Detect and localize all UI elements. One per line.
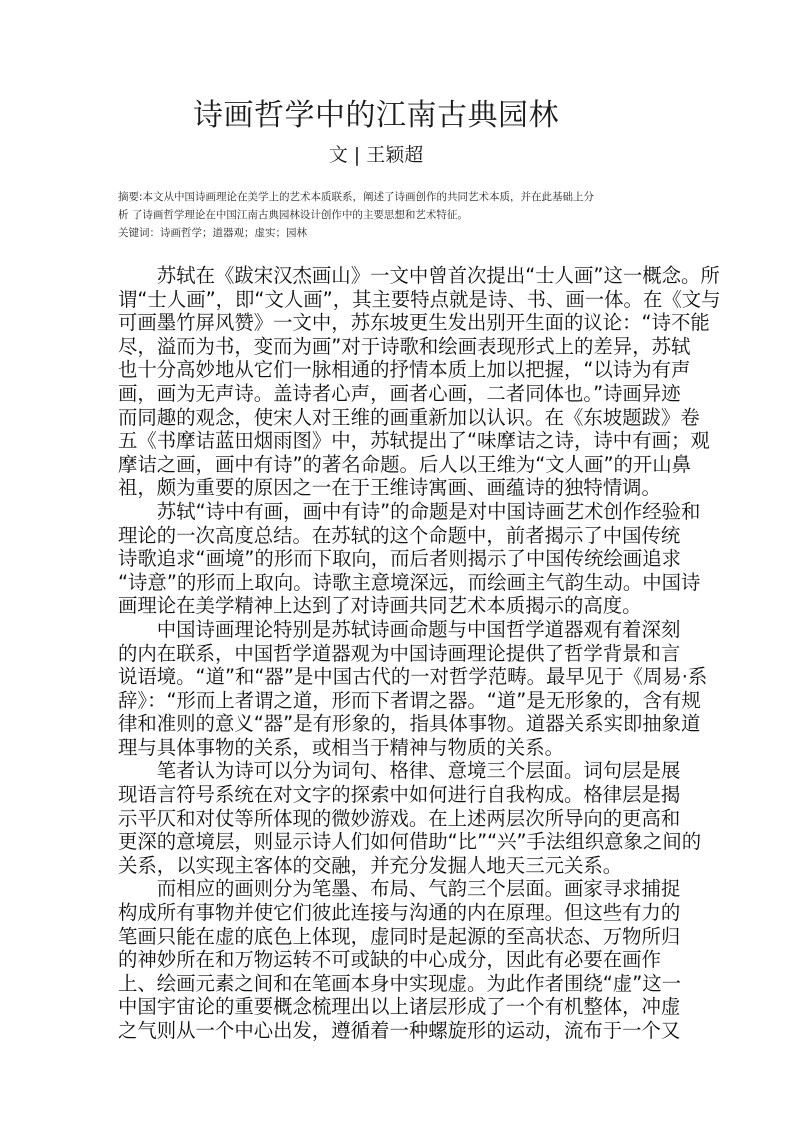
paragraph-line: 构成所有事物并使它们彼此连接与沟通的内在原理。但这些有力的: [118, 901, 678, 925]
paragraph-line: 也十分高妙地从它们一脉相通的抒情本质上加以把握，“以诗为有声: [118, 358, 678, 382]
paragraph-line: 诗歌追求“画境”的形而下取向，而后者则揭示了中国传统绘画追求: [118, 547, 678, 571]
article-title: 诗画哲学中的江南古典园林: [0, 98, 752, 134]
paragraph-line: 的神妙所在和万物运转不可或缺的中心成分，因此有必要在画作: [118, 948, 678, 972]
paragraph-line: 理论的一次高度总结。在苏轼的这个命题中，前者揭示了中国传统: [118, 524, 678, 548]
paragraph-line: 而同趣的观念，使宋人对王维的画重新加以认识。在《东坡题跋》卷: [118, 406, 678, 430]
paragraph-line: 律和准则的意义“器”是有形象的，指具体事物。道器关系实即抽象道: [118, 712, 678, 736]
paragraph-line: 的内在联系，中国哲学道器观为中国诗画理论提供了哲学背景和言: [118, 642, 678, 666]
paragraph-line: 笔者认为诗可以分为词句、格律、意境三个层面。词句层是展: [118, 759, 678, 783]
paragraph-line: 苏轼“诗中有画，画中有诗”的命题是对中国诗画艺术创作经验和: [118, 500, 678, 524]
paragraph: 笔者认为诗可以分为词句、格律、意境三个层面。词句层是展现语言符号系统在对文字的探…: [118, 759, 678, 877]
author-byline: 文 | 王颖超: [0, 143, 752, 167]
abstract-line: 摘要:本文从中国诗画理论在美学上的艺术本质联系，阐述了诗画创作的共同艺术本质，并…: [118, 188, 678, 206]
paragraph-line: 辞》：“形而上者谓之道，形而下者谓之器。“道”是无形象的，含有规: [118, 689, 678, 713]
paragraph-line: 苏轼在《跋宋汉杰画山》一文中曾首次提出“士人画”这一概念。所: [118, 264, 678, 288]
paragraph-line: 画，画为无声诗。盖诗者心声，画者心画，二者同体也。”诗画异迹: [118, 382, 678, 406]
paragraph-line: 现语言符号系统在对文字的探索中如何进行自我构成。格律层是揭: [118, 783, 678, 807]
abstract-section: 摘要:本文从中国诗画理论在美学上的艺术本质联系，阐述了诗画创作的共同艺术本质，并…: [118, 188, 678, 242]
paragraph-line: 五《书摩诘蓝田烟雨图》中，苏轼提出了“味摩诘之诗，诗中有画；观: [118, 429, 678, 453]
keywords-line: 关键词：诗画哲学；道器观；虚实；园林: [118, 224, 678, 242]
paragraph: 苏轼“诗中有画，画中有诗”的命题是对中国诗画艺术创作经验和理论的一次高度总结。在…: [118, 500, 678, 618]
paragraph-line: “诗意”的形而上取向。诗歌主意境深远，而绘画主气韵生动。中国诗: [118, 571, 678, 595]
paragraph-line: 摩诘之画，画中有诗”的著名命题。后人以王维为“文人画”的开山鼻: [118, 453, 678, 477]
paragraph-line: 祖，颇为重要的原因之一在于王维诗寓画、画蕴诗的独特情调。: [118, 476, 678, 500]
paragraph: 中国诗画理论特别是苏轼诗画命题与中国哲学道器观有着深刻的内在联系，中国哲学道器观…: [118, 618, 678, 760]
paragraph-line: 谓“士人画”，即“文人画”，其主要特点就是诗、书、画一体。在《文与: [118, 288, 678, 312]
paragraph-line: 笔画只能在虚的底色上体现，虚同时是起源的至高状态、万物所归: [118, 925, 678, 949]
abstract-line: 析 了诗画哲学理论在中国江南古典园林设计创作中的主要思想和艺术特征。: [118, 206, 678, 224]
paragraph-line: 而相应的画则分为笔墨、布局、气韵三个层面。画家寻求捕捉: [118, 877, 678, 901]
paragraph-line: 理与具体事物的关系，或相当于精神与物质的关系。: [118, 736, 678, 760]
paragraph-line: 可画墨竹屏风赞》一文中，苏东坡更生发出别开生面的议论：“诗不能: [118, 311, 678, 335]
paragraph: 而相应的画则分为笔墨、布局、气韵三个层面。画家寻求捕捉构成所有事物并使它们彼此连…: [118, 877, 678, 1042]
paragraph-line: 更深的意境层，则显示诗人们如何借助“比”“兴”手法组织意象之间的: [118, 830, 678, 854]
paragraph: 苏轼在《跋宋汉杰画山》一文中曾首次提出“士人画”这一概念。所谓“士人画”，即“文…: [118, 264, 678, 500]
paragraph-line: 上、绘画元素之间和在笔画本身中实现虚。为此作者围绕“虚”这一: [118, 972, 678, 996]
article-body: 苏轼在《跋宋汉杰画山》一文中曾首次提出“士人画”这一概念。所谓“士人画”，即“文…: [118, 264, 678, 1043]
paragraph-line: 示平仄和对仗等所体现的微妙游戏。在上述两层次所导向的更高和: [118, 807, 678, 831]
paragraph-line: 中国宇宙论的重要概念梳理出以上诸层形成了一个有机整体，冲虚: [118, 995, 678, 1019]
paragraph-line: 尽，溢而为书，变而为画”对于诗歌和绘画表现形式上的差异，苏轼: [118, 335, 678, 359]
paragraph-line: 之气则从一个中心出发，遵循着一种螺旋形的运动，流布于一个又: [118, 1019, 678, 1043]
paragraph-line: 关系，以实现主客体的交融，并充分发掘人地天三元关系。: [118, 854, 678, 878]
paragraph-line: 说语境。“道”和“器”是中国古代的一对哲学范畴。最早见于《周易·系: [118, 665, 678, 689]
paragraph-line: 画理论在美学精神上达到了对诗画共同艺术本质揭示的高度。: [118, 594, 678, 618]
paragraph-line: 中国诗画理论特别是苏轼诗画命题与中国哲学道器观有着深刻: [118, 618, 678, 642]
document-page: 诗画哲学中的江南古典园林 文 | 王颖超 摘要:本文从中国诗画理论在美学上的艺术…: [0, 0, 794, 1123]
